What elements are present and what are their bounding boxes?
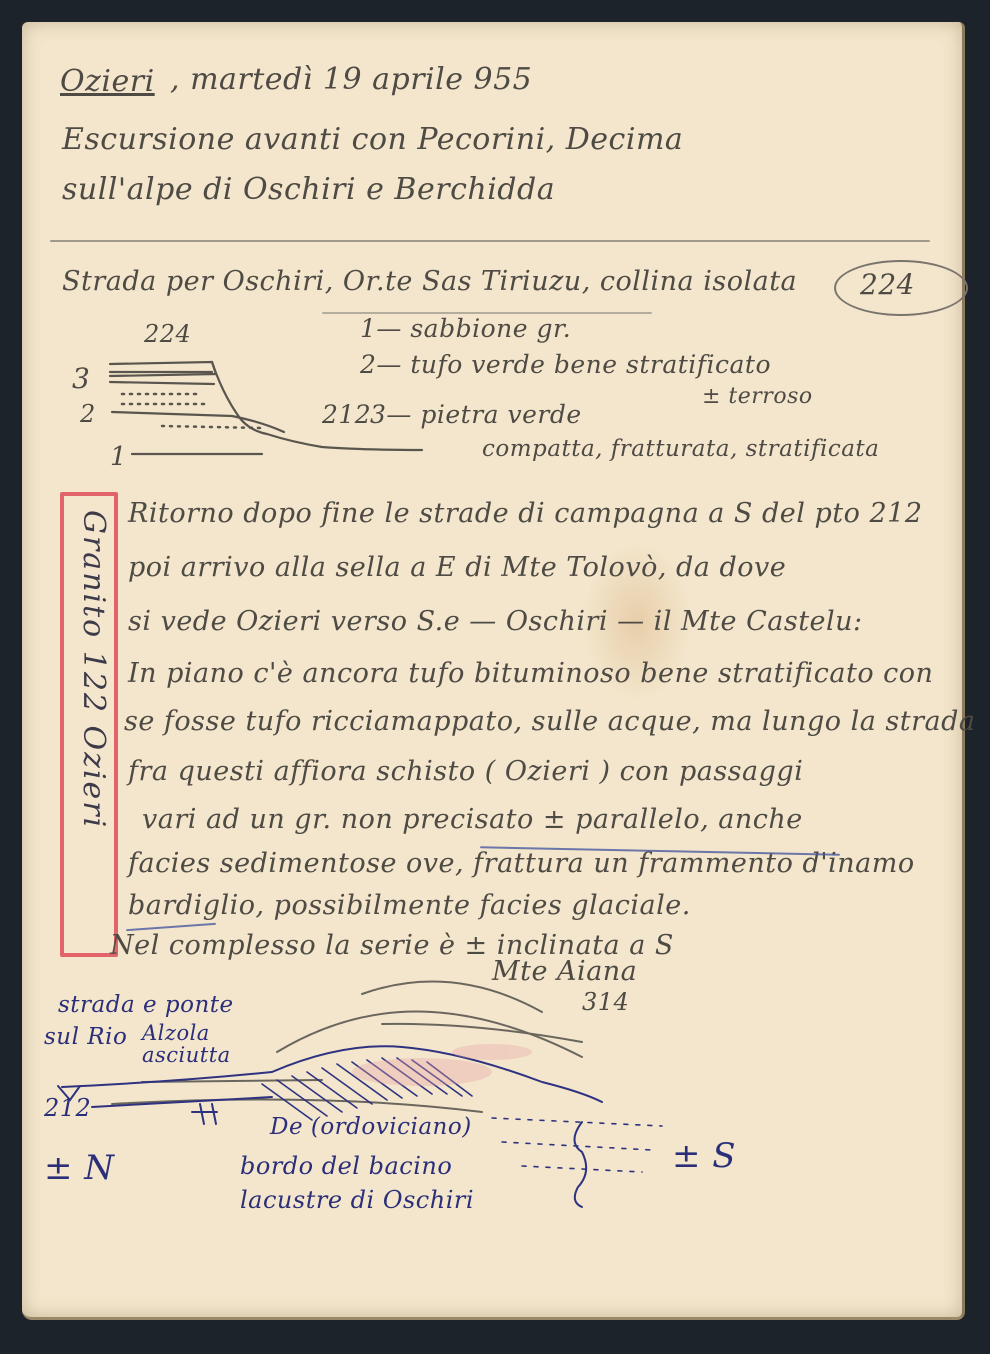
sketch-drawings [22, 22, 962, 1317]
profile-sketch [110, 362, 422, 454]
hill-pink-shading [352, 1044, 532, 1086]
notebook-page: Ozieri , martedì 19 aprile 955 Escursion… [22, 22, 965, 1320]
